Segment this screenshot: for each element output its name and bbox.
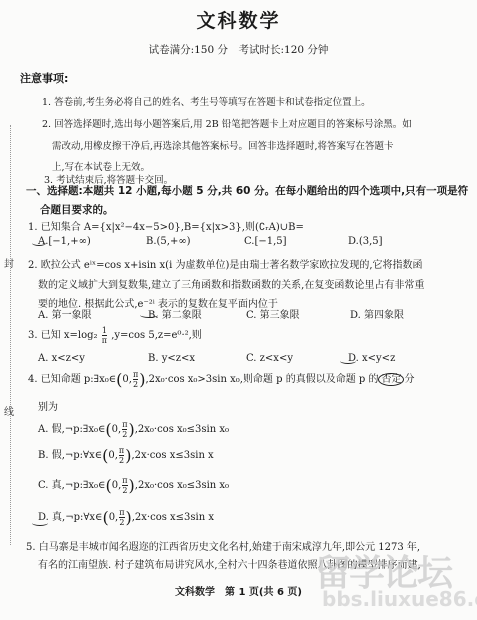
q3-option-c: C. z<x<y (246, 353, 293, 364)
q3-stem-suffix: ,y=cos 5,z=e⁰·²,则 (111, 330, 202, 341)
q3-option-a: A. x<z<y (38, 353, 85, 364)
q4-option-d: D. 真,¬p:∀x∈(0,π2),2x·cos x≤3sin x (38, 508, 214, 527)
question-1-stem: 1. 已知集合 A={x|x²−4x−5>0},B={x|x>3},则(∁ᵣA)… (28, 218, 304, 233)
q4-option-c: C. 真,¬p:∃x₀∈(0,π2),2x₀·cos x₀≤3sin x₀ (38, 476, 229, 495)
margin-label-feng: 封 (4, 255, 14, 270)
watermark-url: bbs.liuxue86.com (322, 587, 477, 611)
q1-option-b: B.(5,+∞) (146, 236, 191, 247)
section-heading-line1: 一、选择题:本题共 12 小题,每小题 5 分,共 60 分。在每小题给出的四个… (26, 183, 468, 198)
fraction: π2 (122, 420, 127, 439)
fraction: π2 (122, 476, 127, 495)
question-4-stem: 4. 已知命题 p:∃x₀∈(0,π2),2x₀·cos x₀>3sin x₀,… (28, 370, 414, 389)
q4-option-b: B. 假,¬p:∀x∈(0,π2),2x·cos x≤3sin x (38, 446, 214, 465)
q2-option-a: A. 第一象限 (38, 306, 92, 321)
q4-option-a: A. 假,¬p:∃x₀∈(0,π2),2x₀·cos x₀≤3sin x₀ (38, 420, 229, 439)
fraction: 1π (102, 326, 107, 345)
notice-item: 1. 答卷前,考生务必将自己的姓名、考生号等填写在答题卡和试卷指定位置上。 (42, 94, 371, 108)
notice-item: 上,写在本试卷上无效。 (52, 159, 150, 173)
handwritten-circle: 否定 (378, 373, 404, 386)
handwritten-check-mark (32, 240, 46, 246)
fraction: π2 (119, 508, 124, 527)
watermark: 留学论坛 bbs.liuxue86.com (310, 545, 475, 617)
question-4-stem-line2: 别为 (38, 398, 58, 413)
fraction: π2 (119, 446, 124, 465)
handwritten-check-mark (140, 312, 158, 318)
question-2-stem-line2: 数的定义域扩大到复数集,建立了三角函数和指数函数的关系,在复变函数论里占有非常重 (38, 276, 424, 291)
notice-item: 需改动,用橡皮擦干净后,再选涂其他答案标号。回答非选择题时,将答案写在答题卡 (52, 138, 394, 152)
notice-heading: 注意事项: (20, 70, 68, 86)
question-2-stem-line1: 2. 欧拉公式 eⁱˣ=cos x+isin x(i 为虚数单位)是由瑞士著名数… (28, 256, 423, 271)
fraction: π2 (133, 370, 138, 389)
q2-option-d: D. 第四象限 (350, 306, 404, 321)
exam-meta: 试卷满分:150 分 考试时长:120 分钟 (0, 42, 477, 57)
q2-option-c: C. 第三象限 (246, 306, 300, 321)
q1-option-c: C.[−1,5] (244, 236, 287, 247)
handwritten-check-mark (32, 520, 48, 526)
q1-option-d: D.(3,5] (348, 236, 383, 247)
q3-stem-prefix: 3. 已知 x=log₂ (28, 330, 98, 341)
question-3-stem: 3. 已知 x=log₂ 1π ,y=cos 5,z=e⁰·²,则 (28, 326, 202, 345)
binding-dotted-line (10, 125, 11, 545)
q3-option-b: B. y<z<x (148, 353, 195, 364)
handwritten-check-mark (340, 358, 356, 364)
margin-label-xian: 线 (4, 403, 14, 418)
page-title: 文科数学 (0, 6, 477, 33)
notice-item: 2. 回答选择题时,选出每小题答案后,用 2B 铅笔把答题卡上对应题目的答案标号… (42, 116, 412, 130)
section-heading-line2: 合题目要求的。 (40, 202, 114, 217)
